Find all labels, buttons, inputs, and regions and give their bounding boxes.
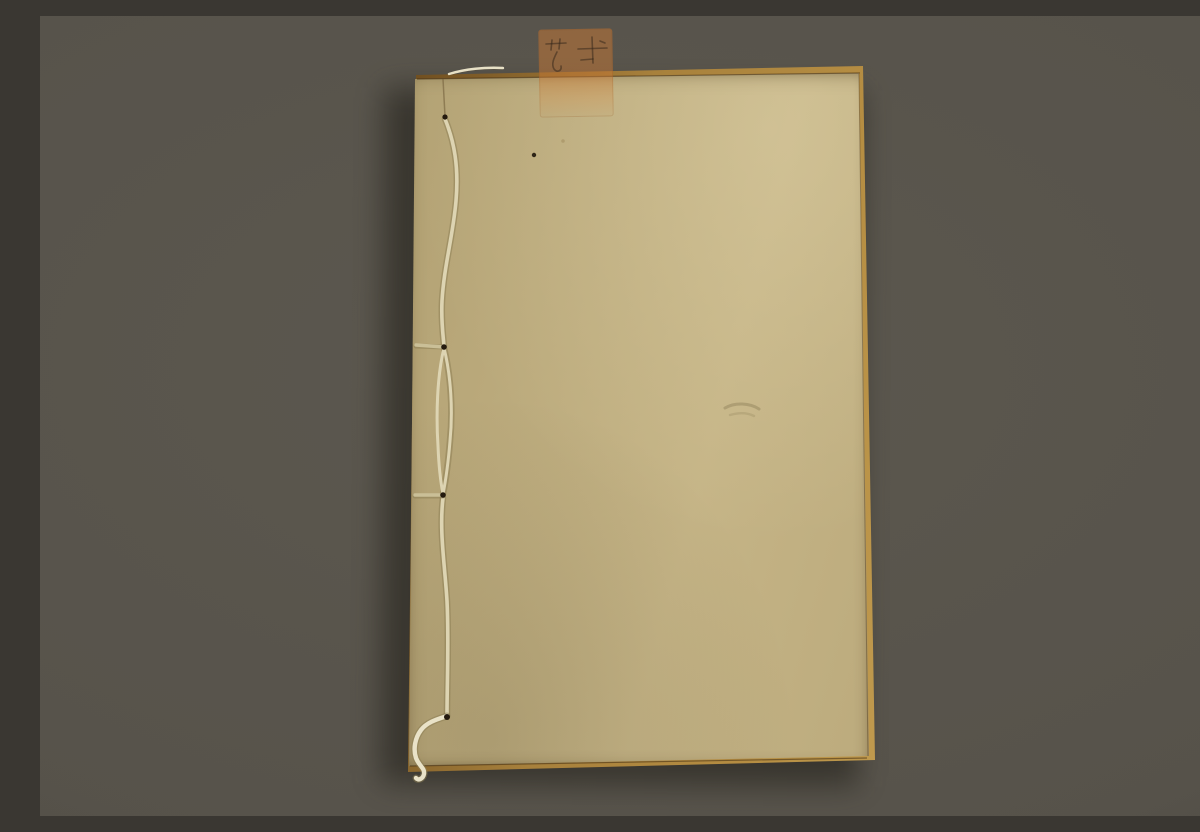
tape-label — [538, 28, 614, 117]
thread-piece-on-top-edge — [449, 68, 503, 74]
photo-backdrop: Photograph of a traditional East Asian f… — [40, 16, 1200, 816]
book-front-cover — [408, 72, 870, 767]
